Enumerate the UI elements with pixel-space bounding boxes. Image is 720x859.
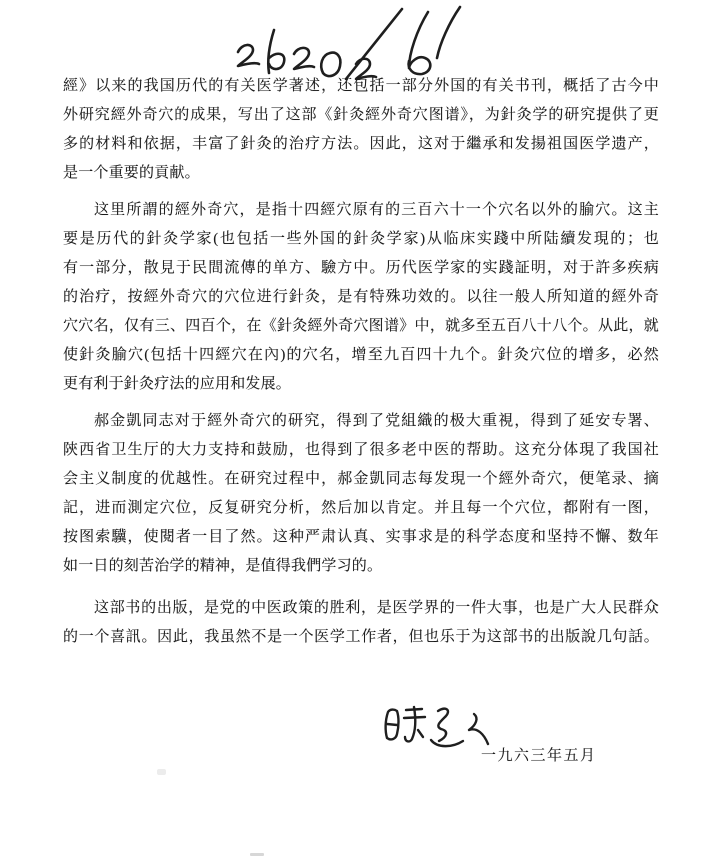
scan-smudge bbox=[250, 853, 264, 856]
text-line: 会主义制度的优越性。在研究过程中，郝金凱同志每发現一个經外奇穴，便笔录、摘 bbox=[63, 465, 659, 494]
signature bbox=[376, 698, 494, 754]
text-line: 穴穴名，仅有三、四百个，在《針灸經外奇穴图谱》中，就多至五百八十八个。从此，就 bbox=[63, 312, 659, 341]
text-line: 的一个喜訊。因此，我虽然不是一个医学工作者，但也乐于为这部书的出版說几句話。 bbox=[63, 623, 659, 652]
text-line: 有一部分，散見于民間流傳的单方、驗方中。历代医学家的实踐証明，对于許多疾病 bbox=[63, 254, 659, 283]
paragraph: 郝金凱同志对于經外奇穴的研究，得到了党組織的极大重視，得到了延安专署、陝西省卫生… bbox=[63, 407, 659, 581]
paragraph: 这部书的出版，是党的中医政策的胜利，是医学界的一件大事，也是广大人民群众的一个喜… bbox=[63, 594, 659, 652]
text-line: 陝西省卫生厅的大力支持和鼓励，也得到了很多老中医的帮助。这充分体現了我国社 bbox=[63, 436, 659, 465]
paragraph: 經》以来的我国历代的有关医学著述，还包括一部分外国的有关书刊，概括了古今中外研究… bbox=[63, 72, 659, 188]
text-line: 这部书的出版，是党的中医政策的胜利，是医学界的一件大事，也是广大人民群众 bbox=[63, 594, 659, 623]
date-line: 一九六三年五月 bbox=[481, 744, 597, 765]
text-line: 要是历代的針灸学家(也包括一些外国的針灸学家)从临床实踐中所陆續发現的；也 bbox=[63, 225, 659, 254]
signature-text: 時逸人 bbox=[0, 0, 1, 1]
text-line: 經》以来的我国历代的有关医学著述，还包括一部分外国的有关书刊，概括了古今中 bbox=[63, 72, 659, 101]
text-line: 外研究經外奇穴的成果，写出了这部《針灸經外奇穴图谱》，为針灸学的研究提供了更 bbox=[63, 101, 659, 130]
text-line: 多的材料和依据，丰富了針灸的治疗方法。因此，这对于繼承和发揚祖国医学遗产， bbox=[63, 130, 659, 159]
text-line: 更有利于針灸疗法的应用和发展。 bbox=[63, 370, 659, 399]
text-line: 如一日的刻苦治学的精神，是值得我們学习的。 bbox=[63, 552, 659, 581]
handwritten-number-text: 2620/26 bbox=[0, 0, 1, 1]
text-line: 是一个重要的貢献。 bbox=[63, 159, 659, 188]
text-line: 按图索驥，使閱者一目了然。这种严肃认真、实事求是的科学态度和坚持不懈、数年 bbox=[63, 523, 659, 552]
preface-body: 經》以来的我国历代的有关医学著述，还包括一部分外国的有关书刊，概括了古今中外研究… bbox=[63, 72, 659, 652]
document-page: 2620/26 經》以来的我国历代的有关医学著述，还包括一部分外国的有关书刊，概… bbox=[0, 0, 720, 859]
paragraph: 这里所謂的經外奇穴，是指十四經穴原有的三百六十一个穴名以外的腧穴。这主要是历代的… bbox=[63, 196, 659, 399]
text-line: 的治疗，按經外奇穴的穴位进行針灸，是有特殊功效的。以往一般人所知道的經外奇 bbox=[63, 283, 659, 312]
text-line: 使針灸腧穴(包括十四經穴在內)的穴名，增至九百四十九个。針灸穴位的增多，必然 bbox=[63, 341, 659, 370]
text-line: 記，进而測定穴位，反复研究分析，然后加以肯定。并且每一个穴位，都附有一图， bbox=[63, 494, 659, 523]
text-line: 这里所謂的經外奇穴，是指十四經穴原有的三百六十一个穴名以外的腧穴。这主 bbox=[63, 196, 659, 225]
scan-smudge bbox=[157, 769, 166, 775]
text-line: 郝金凱同志对于經外奇穴的研究，得到了党組織的极大重視，得到了延安专署、 bbox=[63, 407, 659, 436]
